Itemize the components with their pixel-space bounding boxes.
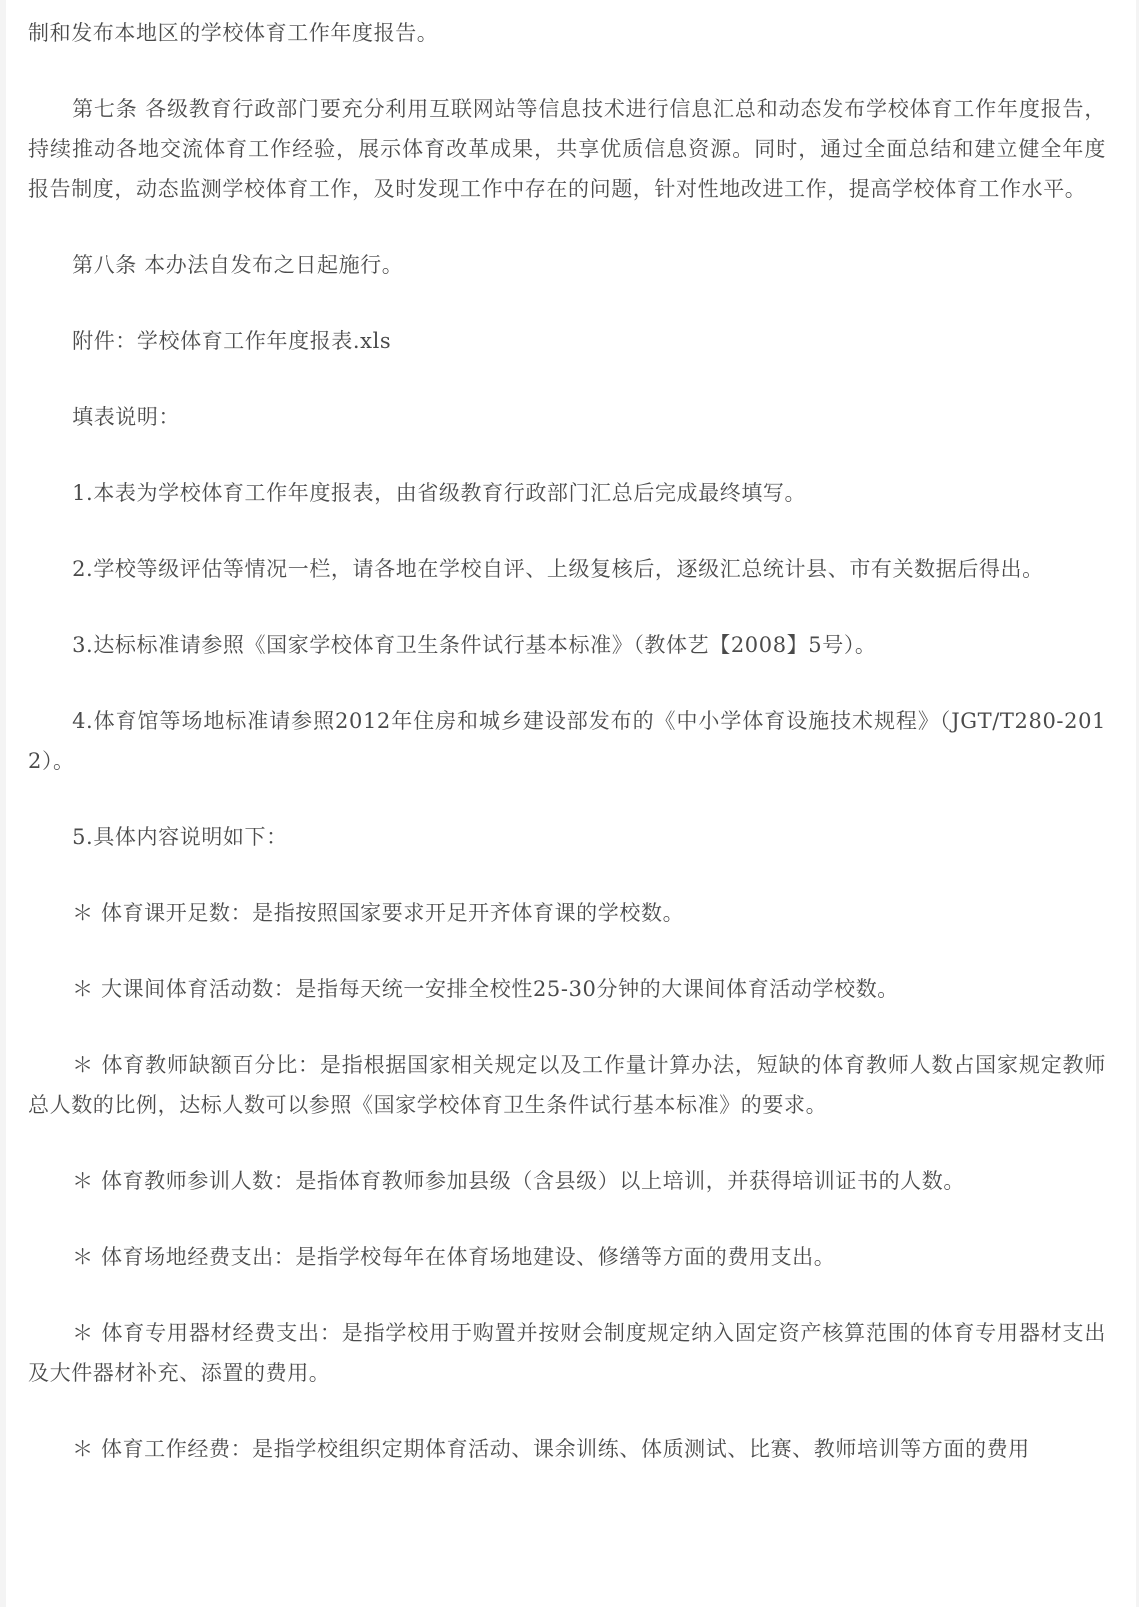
- definition-recess-activities: ＊ 大课间体育活动数：是指每天统一安排全校性25-30分钟的大课间体育活动学校数…: [28, 969, 1106, 1009]
- instruction-item-2: 2.学校等级评估等情况一栏，请各地在学校自评、上级复核后，逐级汇总统计县、市有关…: [28, 549, 1106, 589]
- instruction-item-1: 1.本表为学校体育工作年度报表，由省级教育行政部门汇总后完成最终填写。: [28, 473, 1106, 513]
- definition-pe-classes: ＊ 体育课开足数：是指按照国家要求开足开齐体育课的学校数。: [28, 893, 1106, 933]
- instruction-item-5: 5.具体内容说明如下：: [28, 817, 1106, 857]
- instruction-item-3: 3.达标标准请参照《国家学校体育卫生条件试行基本标准》（教体艺【2008】5号）…: [28, 625, 1106, 665]
- instruction-item-4: 4.体育馆等场地标准请参照2012年住房和城乡建设部发布的《中小学体育设施技术规…: [28, 701, 1106, 781]
- definition-equipment-expenditure: ＊ 体育专用器材经费支出：是指学校用于购置并按财会制度规定纳入固定资产核算范围的…: [28, 1313, 1106, 1393]
- attachment-line: 附件：学校体育工作年度报表.xls: [28, 321, 1106, 361]
- definition-venue-expenditure: ＊ 体育场地经费支出：是指学校每年在体育场地建设、修缮等方面的费用支出。: [28, 1237, 1106, 1277]
- definition-pe-work-funds: ＊ 体育工作经费：是指学校组织定期体育活动、课余训练、体质测试、比赛、教师培训等…: [28, 1429, 1106, 1469]
- definition-teacher-training: ＊ 体育教师参训人数：是指体育教师参加县级（含县级）以上培训，并获得培训证书的人…: [28, 1161, 1106, 1201]
- paragraph-article-8: 第八条 本办法自发布之日起施行。: [28, 245, 1106, 285]
- definition-teacher-shortage: ＊ 体育教师缺额百分比：是指根据国家相关规定以及工作量计算办法，短缺的体育教师人…: [28, 1045, 1106, 1125]
- paragraph-article-7: 第七条 各级教育行政部门要充分利用互联网站等信息技术进行信息汇总和动态发布学校体…: [28, 89, 1106, 209]
- document-page: 制和发布本地区的学校体育工作年度报告。 第七条 各级教育行政部门要充分利用互联网…: [6, 0, 1136, 1607]
- section-heading-fill-instructions: 填表说明：: [28, 397, 1106, 437]
- paragraph-continuation: 制和发布本地区的学校体育工作年度报告。: [28, 13, 1106, 53]
